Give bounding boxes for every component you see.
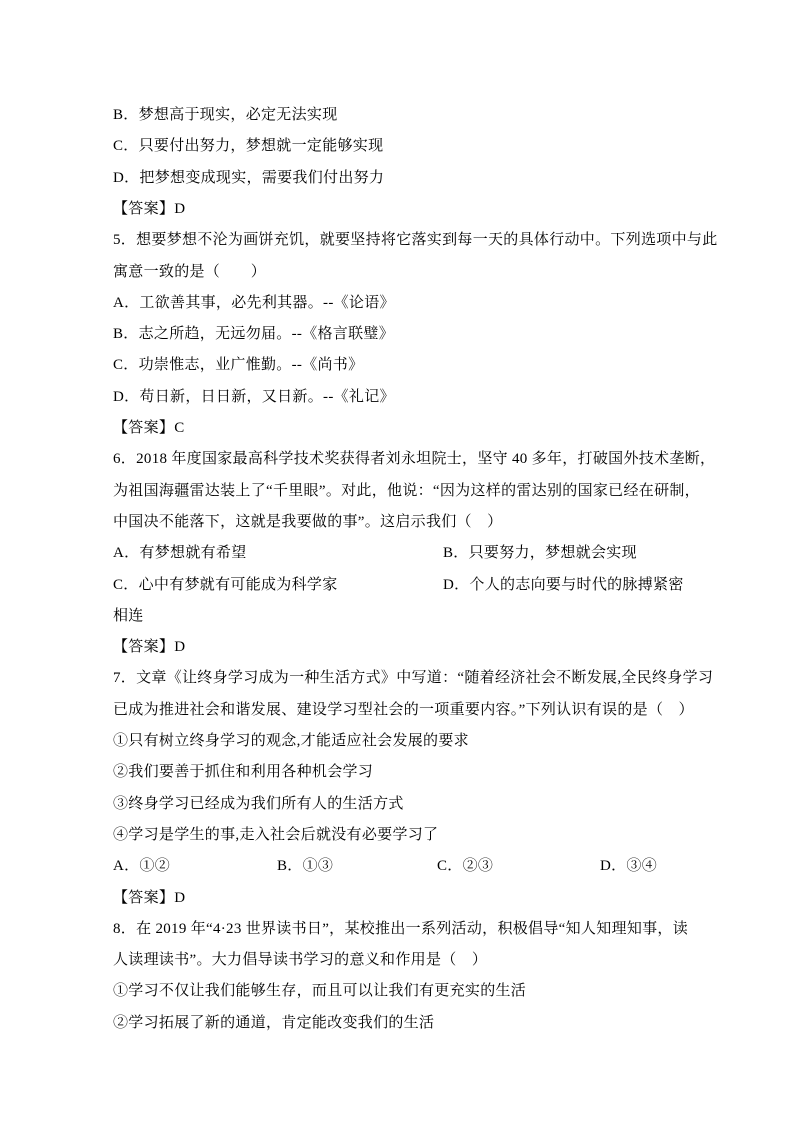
- option-line: B．志之所趋，无远勿届。--《格言联璧》: [113, 324, 773, 346]
- option-cell: B．①③: [277, 856, 333, 876]
- question-line: 为祖国海疆雷达装上了“千里眼”。对此，他说：“因为这样的雷达别的国家已经在研制，: [113, 481, 773, 503]
- option-line: A．有梦想就有希望B．只要努力，梦想就会实现: [113, 543, 773, 565]
- answer-line: 【答案】D: [113, 637, 773, 659]
- statement-line: ②我们要善于抓住和利用各种机会学习: [113, 762, 773, 784]
- option-cell: D．个人的志向要与时代的脉搏紧密: [443, 575, 684, 595]
- question-line: 7．文章《让终身学习成为一种生活方式》中写道：“随着经济社会不断发展,全民终身学…: [113, 668, 773, 690]
- option-line: A．①②B．①③C．②③D．③④: [113, 856, 773, 878]
- statement-line: ②学习拓展了新的通道，肯定能改变我们的生活: [113, 1013, 773, 1035]
- option-cell: C．②③: [437, 856, 493, 876]
- statement-line: ④学习是学生的事,走入社会后就没有必要学习了: [113, 825, 773, 847]
- question-line: 8．在 2019 年“4·23 世界读书日”，某校推出一系列活动，积极倡导“知人…: [113, 919, 773, 941]
- question-line: 6．2018 年度国家最高科学技术奖获得者刘永坦院士，坚守 40 多年，打破国外…: [113, 449, 773, 471]
- option-line: D．苟日新，日日新，又日新。--《礼记》: [113, 387, 773, 409]
- option-cell: A．有梦想就有希望: [113, 543, 247, 563]
- statement-line: ①学习不仅让我们能够生存，而且可以让我们有更充实的生活: [113, 981, 773, 1003]
- option-cell: C．心中有梦就有可能成为科学家: [113, 575, 338, 595]
- option-line: C．只要付出努力，梦想就一定能够实现: [113, 136, 773, 158]
- option-cell: B．只要努力，梦想就会实现: [443, 543, 637, 563]
- answer-line: 【答案】D: [113, 888, 773, 910]
- question-line: 人读理读书”。大力倡导读书学习的意义和作用是（ ）: [113, 950, 773, 972]
- option-line: C．心中有梦就有可能成为科学家D．个人的志向要与时代的脉搏紧密: [113, 575, 773, 597]
- question-line: 5．想要梦想不沦为画饼充饥，就要坚持将它落实到每一天的具体行动中。下列选项中与此: [113, 230, 773, 252]
- option-line: C．功崇惟志，业广惟勤。--《尚书》: [113, 355, 773, 377]
- option-line: B．梦想高于现实，必定无法实现: [113, 105, 773, 127]
- document-page: B．梦想高于现实，必定无法实现C．只要付出努力，梦想就一定能够实现D．把梦想变成…: [0, 0, 794, 1123]
- option-line: A．工欲善其事，必先利其器。--《论语》: [113, 293, 773, 315]
- document-body: B．梦想高于现实，必定无法实现C．只要付出努力，梦想就一定能够实现D．把梦想变成…: [0, 0, 794, 1123]
- statement-line: ①只有树立终身学习的观念,才能适应社会发展的要求: [113, 731, 773, 753]
- option-line: D．把梦想变成现实，需要我们付出努力: [113, 168, 773, 190]
- answer-line: 【答案】D: [113, 199, 773, 221]
- option-cell: D．③④: [600, 856, 657, 876]
- question-line: 中国决不能落下，这就是我要做的事”。这启示我们（ ）: [113, 512, 773, 534]
- answer-line: 【答案】C: [113, 418, 773, 440]
- question-line: 寓意一致的是（ ）: [113, 262, 773, 284]
- question-line: 已成为推进社会和谐发展、建设学习型社会的一项重要内容。”下列认识有误的是（ ）: [113, 700, 773, 722]
- option-cell: A．①②: [113, 856, 170, 876]
- option-line: 相连: [113, 606, 773, 628]
- statement-line: ③终身学习已经成为我们所有人的生活方式: [113, 794, 773, 816]
